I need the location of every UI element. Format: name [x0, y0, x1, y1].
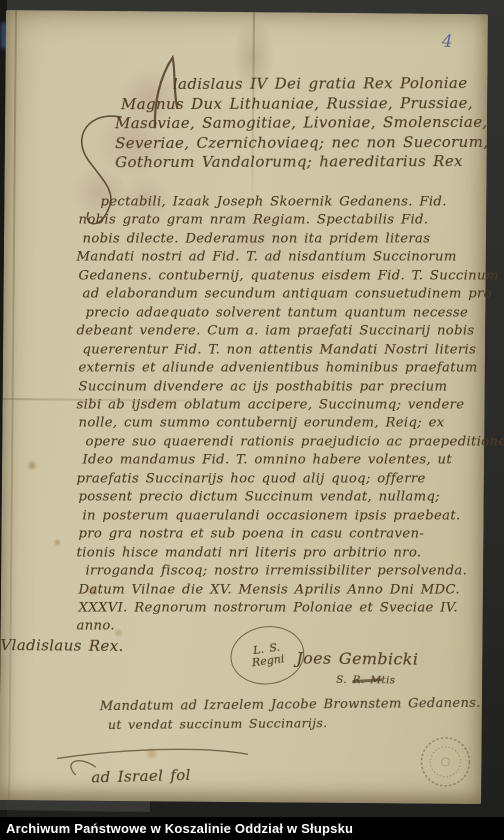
chancery-note: ad Israel fol	[91, 766, 191, 787]
manuscript-line: Datum Vilnae die XV. Mensis Aprilis Anno…	[78, 581, 504, 599]
king-signature: Vladislaus Rex.	[0, 636, 123, 655]
seal-text: Regni	[251, 653, 285, 669]
manuscript-line: Gothorum Vandalorumq; haereditarius Rex	[115, 152, 488, 173]
manuscript-line: Gedanens. contubernij, quatenus eisdem F…	[78, 267, 504, 285]
manuscript-line: opere suo quaerendi rationis praejudicio…	[85, 433, 504, 451]
manuscript-line: pro gra nostra et sub poena in casu cont…	[78, 526, 504, 544]
manuscript-line: Mandati nostri ad Fid. T. ad nisdantium …	[76, 249, 504, 267]
footer-caption-bar: Archiwum Państwowe w Koszalinie Oddział …	[0, 817, 504, 840]
manuscript-line: debeant vendere. Cum a. iam praefati Suc…	[76, 323, 504, 341]
manuscript-line: possent precio dictum Succinum vendat, n…	[78, 489, 504, 507]
manuscript-line: XXXVI. Regnorum nostrorum Poloniae et Sv…	[78, 599, 504, 617]
manuscript-line: nolle, cum summo contubernij eorundem, R…	[78, 415, 504, 433]
manuscript-line: in posterum quaerulandi occasionem ipsis…	[82, 507, 504, 525]
manuscript-page: 4 ladislaus IV Dei gratia Rex Poloniae M…	[0, 10, 488, 804]
manuscript-line: precio adaequato solverent tantum quantu…	[85, 304, 504, 322]
royal-intitulation: ladislaus IV Dei gratia Rex Poloniae Mag…	[115, 74, 489, 173]
archive-watermark-text: Archiwum Państwowe w Koszalinie Oddział …	[0, 821, 353, 836]
manuscript-line: ad elaborandum secundum antiquam consuet…	[82, 286, 504, 304]
manuscript-line: Mandatum ad Izraelem Jacobe Brownstem Ge…	[100, 695, 481, 716]
manuscript-line: sibi ab ijsdem oblatum accipere, Succinu…	[76, 397, 504, 415]
manuscript-line: ladislaus IV Dei gratia Rex Poloniae	[115, 74, 488, 95]
manuscript-line: pectabili, Izaak Joseph Skoernik Gedanen…	[78, 194, 504, 212]
manuscript-line: Succinum divendere ac ijs posthabitis pa…	[78, 378, 504, 396]
manuscript-line: nobis dilecte. Dederamus non ita pridem …	[82, 230, 504, 248]
manuscript-line: Magnus Dux Lithuaniae, Russiae, Prussiae…	[115, 93, 488, 114]
manuscript-line: nobis grato gram nram Regiam. Spectabili…	[78, 212, 504, 230]
archive-stamp	[421, 738, 469, 786]
secretary-signature: Joes Gembicki	[296, 649, 418, 669]
manuscript-line: Masoviae, Samogitiae, Livoniae, Smolensc…	[115, 113, 488, 134]
scanned-manuscript-view: 4 ladislaus IV Dei gratia Rex Poloniae M…	[0, 0, 504, 840]
manuscript-line: quererentur Fid. T. non attentis Mandati…	[82, 341, 504, 359]
manuscript-line: tionis hisce mandati nri literis pro arb…	[76, 544, 504, 562]
manuscript-line: externis et aliunde advenientibus homini…	[78, 360, 504, 378]
manuscript-line: Ideo mandamus Fid. T. omnino habere vole…	[82, 452, 504, 470]
letter-body: pectabili, Izaak Joseph Skoernik Gedanen…	[78, 194, 504, 637]
docket-note: Mandatum ad Izraelem Jacobe Brownstem Ge…	[100, 695, 481, 734]
manuscript-line: praefatis Succinarijs hoc quod alij quoq…	[76, 470, 504, 488]
manuscript-line: Severiae, Czernichoviaeq; nec non Suecor…	[115, 132, 488, 153]
manuscript-line: ut vendat succinum Succinarijs.	[108, 713, 481, 734]
manuscript-line: irroganda fiscoq; nostro irremissibilite…	[85, 563, 504, 581]
